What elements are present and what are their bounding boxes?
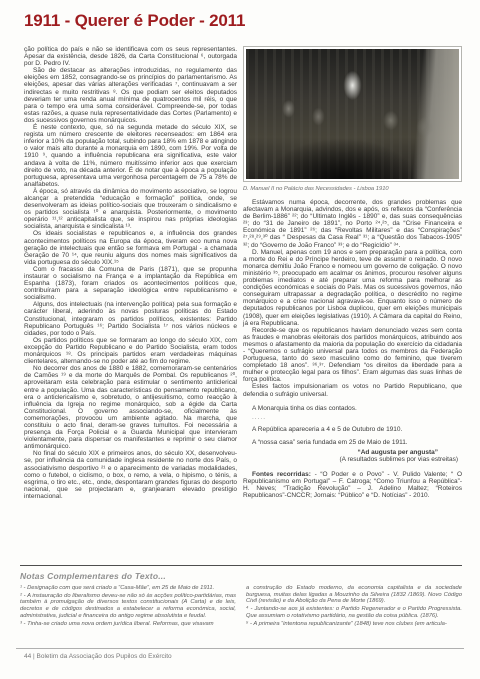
body-paragraph: ção política do país e não se identifica… xyxy=(24,46,237,67)
ceremony-photo xyxy=(246,49,459,179)
body-paragraph: Os ideais socialistas e republicanos e, … xyxy=(24,230,237,265)
page-title: 1911 - Querer é Poder - 2011 xyxy=(24,11,245,31)
body-paragraph: Os partidos políticos que se formaram ao… xyxy=(24,337,237,365)
body-paragraph: Recorde-se que os republicanos haviam de… xyxy=(243,327,462,384)
body-paragraph: À época, só através da dinâmica do movim… xyxy=(24,188,237,231)
footnote: ⁴ - Juntando-se aos já existentes: o Par… xyxy=(246,606,462,619)
statement-republic: A República apareceria a 4 e 5 de Outubr… xyxy=(243,426,462,433)
statement-monarchy: A Monarquia tinha os dias contados. xyxy=(243,405,462,412)
body-paragraph: Estávamos numa época, decorrente, dos gr… xyxy=(243,199,462,249)
footnote: a construção do Estado moderno, da econo… xyxy=(246,585,462,605)
latin-motto: “Ad augusta per angusta” xyxy=(243,449,462,456)
body-paragraph: D. Manuel, apenas com 19 anos e sem prep… xyxy=(243,249,462,327)
photo-caption: D. Manuel II no Palácio das Necessidades… xyxy=(243,186,462,192)
notes-heading: Notas Complementares do Texto... xyxy=(20,571,462,581)
photo-frame xyxy=(243,46,462,182)
footnote: ² - A instauração do liberalismo deveu-s… xyxy=(20,593,236,620)
body-paragraph: É neste contexto, que, só na segunda met… xyxy=(24,124,237,188)
right-column: D. Manuel II no Palácio das Necessidades… xyxy=(243,46,462,506)
sources-label: Fontes recorridas: xyxy=(252,471,311,478)
body-paragraph: São de destacar as alterações introduzid… xyxy=(24,67,237,124)
dots-separator: ..... xyxy=(243,416,462,420)
page-footer: 44 | Boletim da Associação dos Pupilos d… xyxy=(24,653,172,660)
motto-translation: (A resultados sublimes por vias estreita… xyxy=(243,456,462,463)
statements-block: A Monarquia tinha os dias contados. ....… xyxy=(243,405,462,463)
right-column-text: Estávamos numa época, decorrente, dos gr… xyxy=(243,199,462,398)
body-paragraph: No final do século XIX e primeiros anos,… xyxy=(24,450,237,500)
footnote: ⁵ - A primeira “intentona republicanizan… xyxy=(246,621,462,628)
footnote: ³ - Tinha-se criado uma nova ordem juríd… xyxy=(20,621,236,628)
notes-columns: ¹ - Designação com que será criado a “Ca… xyxy=(20,585,462,628)
body-paragraph: Com o fracasso da Comuna de Paris (1871)… xyxy=(24,266,237,301)
body-paragraph: No decorrer dos anos de 1880 e 1882, com… xyxy=(24,365,237,450)
magazine-page: 1911 - Querer é Poder - 2011 ção polític… xyxy=(0,0,480,679)
notes-column-right: a construção do Estado moderno, da econo… xyxy=(246,585,462,628)
footnote: ¹ - Designação com que será criado a “Ca… xyxy=(20,585,236,592)
body-paragraph: Alguns, dos intelectuais (na intervenção… xyxy=(24,301,237,336)
statement-casa: A “nossa casa” seria fundada em 25 de Ma… xyxy=(243,439,462,446)
left-column: ção política do país e não se identifica… xyxy=(24,46,237,500)
notes-column-left: ¹ - Designação com que será criado a “Ca… xyxy=(20,585,236,628)
footer-divider xyxy=(16,648,464,649)
notes-section: Notas Complementares do Texto... ¹ - Des… xyxy=(20,565,462,628)
sources-paragraph: Fontes recorridas: - “O Poder e o Povo” … xyxy=(243,471,462,499)
body-paragraph: Estes factos impulsionariam os votos no … xyxy=(243,383,462,397)
